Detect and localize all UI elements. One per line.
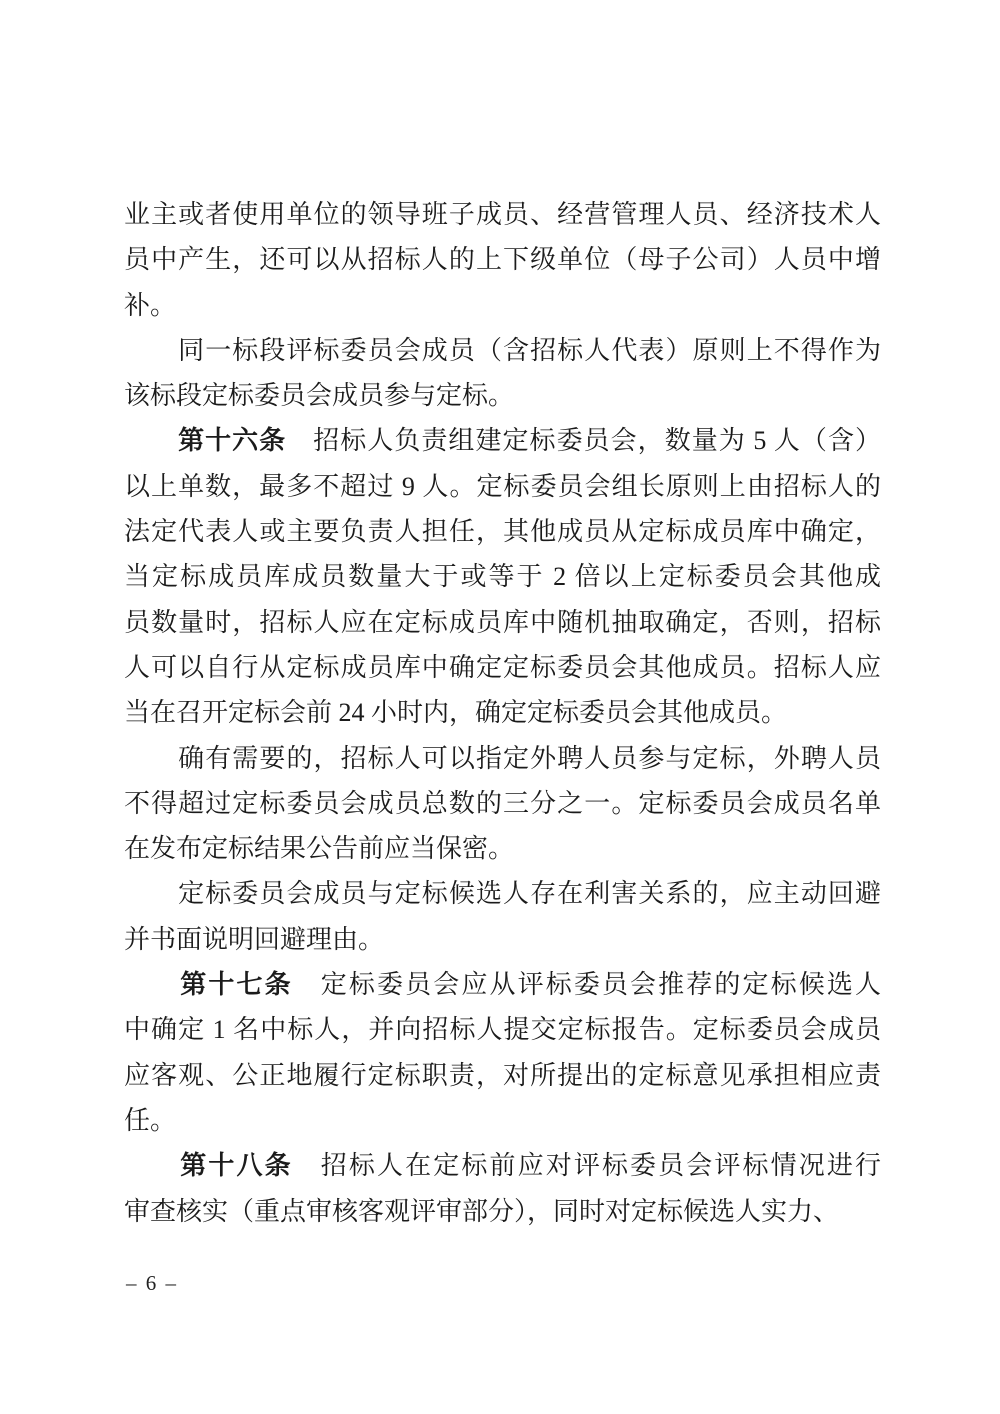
text-line: 中确定 1 名中标人，并向招标人提交定标报告。定标委员会成员	[124, 1007, 881, 1052]
text-line: 在发布定标结果公告前应当保密。	[124, 826, 881, 871]
text-line: 当在召开定标会前 24 小时内，确定定标委员会其他成员。	[124, 690, 881, 735]
text-line: 补。	[124, 283, 881, 328]
article-17-label: 第十七条	[124, 970, 293, 999]
line-text: 审查核实（重点审核客观评审部分），同时对定标候选人实力、	[124, 1197, 839, 1226]
line-text: 法定代表人或主要负责人担任，其他成员从定标成员库中确定，	[124, 517, 881, 546]
text-line: 第十六条 招标人负责组建定标委员会，数量为 5 人（含）	[124, 418, 881, 463]
page-number: – 6 –	[126, 1268, 178, 1298]
text-line: 以上单数，最多不超过 9 人。定标委员会组长原则上由招标人的	[124, 464, 881, 509]
text-line: 定标委员会成员与定标候选人存在利害关系的，应主动回避	[124, 871, 881, 916]
line-text: 确有需要的，招标人可以指定外聘人员参与定标，外聘人员	[124, 744, 881, 773]
line-text: 该标段定标委员会成员参与定标。	[124, 381, 514, 410]
line-text: 人可以自行从定标成员库中确定定标委员会其他成员。招标人应	[124, 653, 881, 682]
document-page: 业主或者使用单位的领导班子成员、经营管理人员、经济技术人 员中产生，还可以从招标…	[0, 0, 1000, 1414]
text-line: 不得超过定标委员会成员总数的三分之一。定标委员会成员名单	[124, 781, 881, 826]
text-line: 当定标成员库成员数量大于或等于 2 倍以上定标委员会其他成	[124, 554, 881, 599]
text-line: 员中产生，还可以从招标人的上下级单位（母子公司）人员中增	[124, 237, 881, 282]
text-line: 确有需要的，招标人可以指定外聘人员参与定标，外聘人员	[124, 736, 881, 781]
text-line: 并书面说明回避理由。	[124, 917, 881, 962]
line-text: 补。	[124, 291, 176, 320]
line-text: 员中产生，还可以从招标人的上下级单位（母子公司）人员中增	[124, 245, 881, 274]
line-text: 业主或者使用单位的领导班子成员、经营管理人员、经济技术人	[124, 200, 881, 229]
text-line: 应客观、公正地履行定标职责，对所提出的定标意见承担相应责	[124, 1053, 881, 1098]
text-line: 任。	[124, 1098, 881, 1143]
text-line: 第十八条 招标人在定标前应对评标委员会评标情况进行	[124, 1143, 881, 1188]
text-line: 员数量时，招标人应在定标成员库中随机抽取确定，否则，招标	[124, 600, 881, 645]
text-line: 审查核实（重点审核客观评审部分），同时对定标候选人实力、	[124, 1189, 881, 1234]
text-line: 人可以自行从定标成员库中确定定标委员会其他成员。招标人应	[124, 645, 881, 690]
line-text: 应客观、公正地履行定标职责，对所提出的定标意见承担相应责	[124, 1061, 881, 1090]
text-line: 法定代表人或主要负责人担任，其他成员从定标成员库中确定，	[124, 509, 881, 554]
line-text: 在发布定标结果公告前应当保密。	[124, 834, 514, 863]
line-text: 招标人在定标前应对评标委员会评标情况进行	[293, 1151, 881, 1180]
line-text: 同一标段评标委员会成员（含招标人代表）原则上不得作为	[124, 336, 881, 365]
text-line: 业主或者使用单位的领导班子成员、经营管理人员、经济技术人	[124, 192, 881, 237]
text-line: 该标段定标委员会成员参与定标。	[124, 373, 881, 418]
line-text: 不得超过定标委员会成员总数的三分之一。定标委员会成员名单	[124, 789, 881, 818]
line-text: 招标人负责组建定标委员会，数量为 5 人（含）	[286, 426, 881, 455]
text-line: 同一标段评标委员会成员（含招标人代表）原则上不得作为	[124, 328, 881, 373]
line-text: 中确定 1 名中标人，并向招标人提交定标报告。定标委员会成员	[124, 1015, 881, 1044]
line-text: 当定标成员库成员数量大于或等于 2 倍以上定标委员会其他成	[124, 562, 881, 591]
line-text: 以上单数，最多不超过 9 人。定标委员会组长原则上由招标人的	[124, 472, 881, 501]
line-text: 并书面说明回避理由。	[124, 925, 384, 954]
line-text: 任。	[124, 1106, 176, 1135]
document-body: 业主或者使用单位的领导班子成员、经营管理人员、经济技术人 员中产生，还可以从招标…	[124, 192, 881, 1234]
line-text: 员数量时，招标人应在定标成员库中随机抽取确定，否则，招标	[124, 608, 881, 637]
line-text: 定标委员会成员与定标候选人存在利害关系的，应主动回避	[124, 879, 881, 908]
line-text: 定标委员会应从评标委员会推荐的定标候选人	[293, 970, 881, 999]
line-text: 当在召开定标会前 24 小时内，确定定标委员会其他成员。	[124, 698, 787, 727]
text-line: 第十七条 定标委员会应从评标委员会推荐的定标候选人	[124, 962, 881, 1007]
article-18-label: 第十八条	[124, 1151, 293, 1180]
article-16-label: 第十六条	[124, 426, 286, 455]
